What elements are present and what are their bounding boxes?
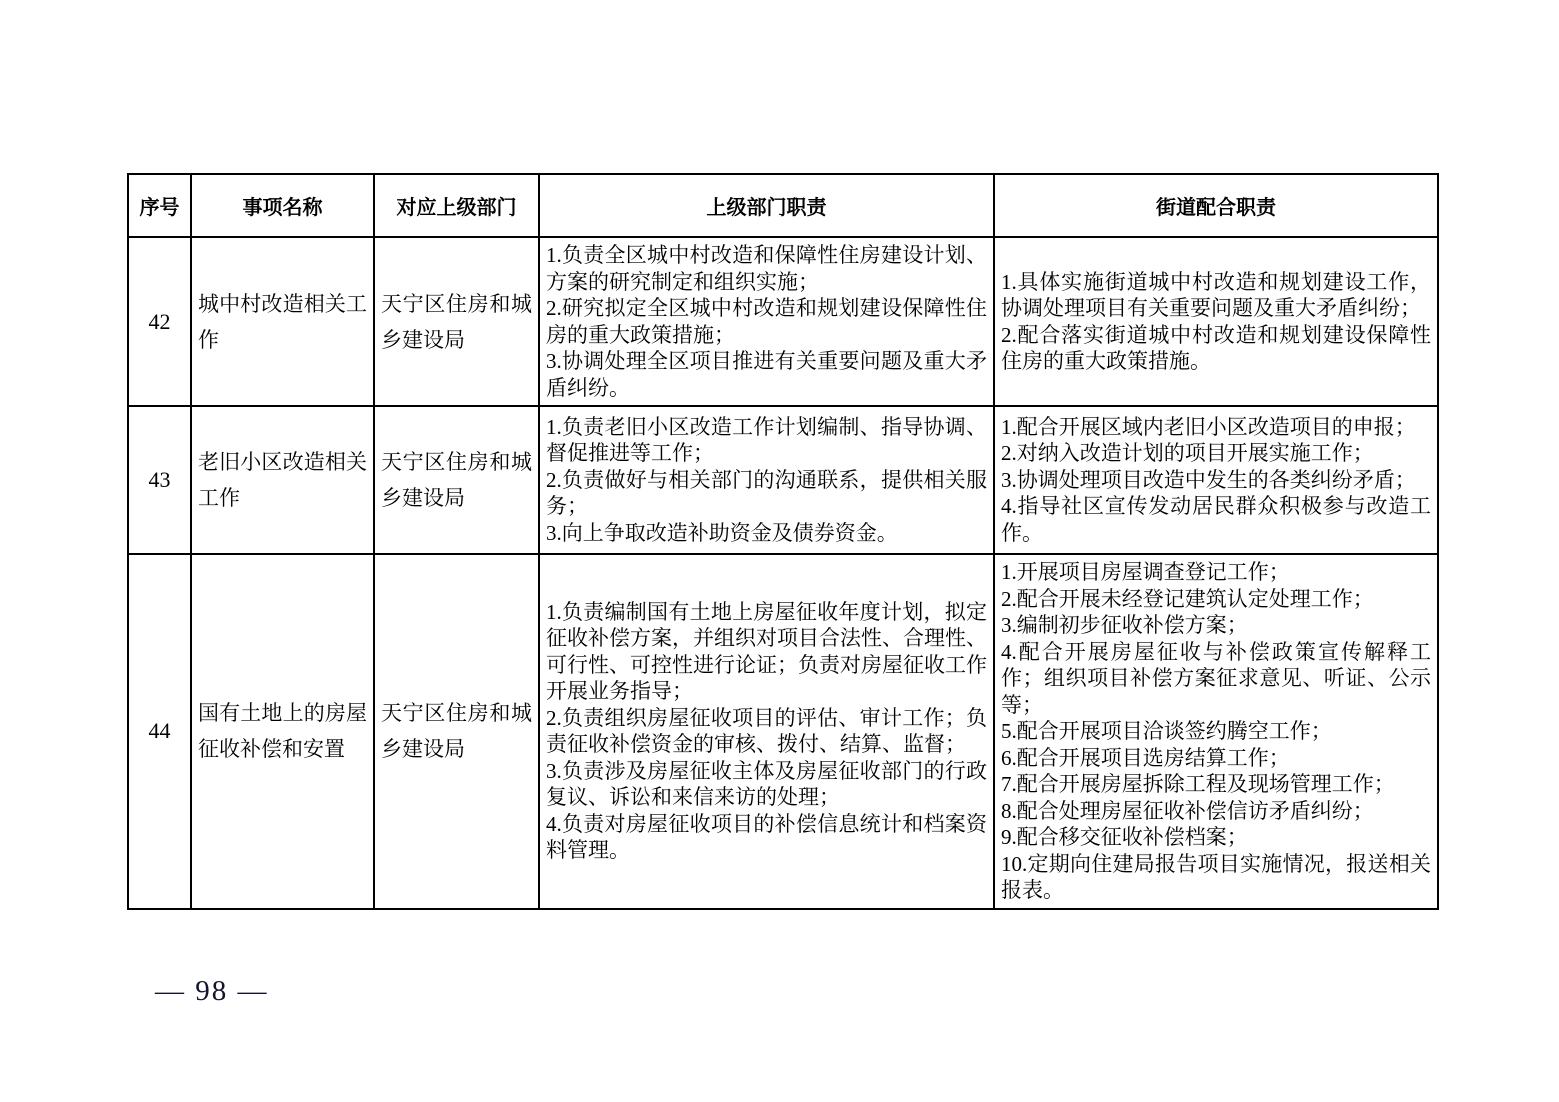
duty-line: 7.配合开展房屋拆除工程及现场管理工作； [1001,771,1431,798]
duty-line: 3.向上争取改造补助资金及债券资金。 [546,520,987,547]
department-cell: 天宁区住房和城乡建设局 [374,406,539,554]
superior-duties-cell: 1.负责全区城中村改造和保障性住房建设计划、方案的研究制定和组织实施；2.研究拟… [539,237,994,406]
duty-line: 1.配合开展区域内老旧小区改造项目的申报； [1001,414,1431,441]
column-header-dept: 对应上级部门 [374,174,539,237]
duty-line: 2.负责做好与相关部门的沟通联系，提供相关服务； [546,467,987,520]
duty-line: 4.负责对房屋征收项目的补偿信息统计和档案资料管理。 [546,811,987,864]
table-header: 序号 事项名称 对应上级部门 上级部门职责 街道配合职责 [128,174,1438,237]
column-header-street: 街道配合职责 [994,174,1438,237]
item-name-cell: 国有土地上的房屋征收补偿和安置 [191,554,374,909]
document-page: 序号 事项名称 对应上级部门 上级部门职责 街道配合职责 42城中村改造相关工作… [0,0,1559,1102]
duty-line: 1.具体实施街道城中村改造和规划建设工作，协调处理项目有关重要问题及重大矛盾纠纷… [1001,269,1431,322]
header-row: 序号 事项名称 对应上级部门 上级部门职责 街道配合职责 [128,174,1438,237]
column-header-name: 事项名称 [191,174,374,237]
table-row: 42城中村改造相关工作天宁区住房和城乡建设局1.负责全区城中村改造和保障性住房建… [128,237,1438,406]
item-name-cell: 城中村改造相关工作 [191,237,374,406]
street-duties-cell: 1.开展项目房屋调查登记工作；2.配合开展未经登记建筑认定处理工作；3.编制初步… [994,554,1438,909]
street-duties-cell: 1.配合开展区域内老旧小区改造项目的申报；2.对纳入改造计划的项目开展实施工作；… [994,406,1438,554]
duty-line: 5.配合开展项目洽谈签约腾空工作； [1001,718,1431,745]
street-duties-cell: 1.具体实施街道城中村改造和规划建设工作，协调处理项目有关重要问题及重大矛盾纠纷… [994,237,1438,406]
duty-line: 1.负责编制国有土地上房屋征收年度计划，拟定征收补偿方案，并组织对项目合法性、合… [546,599,987,705]
item-name-cell: 老旧小区改造相关工作 [191,406,374,554]
duty-line: 8.配合处理房屋征收补偿信访矛盾纠纷； [1001,798,1431,825]
responsibilities-table: 序号 事项名称 对应上级部门 上级部门职责 街道配合职责 42城中村改造相关工作… [127,173,1439,910]
superior-duties-cell: 1.负责老旧小区改造工作计划编制、指导协调、督促推进等工作；2.负责做好与相关部… [539,406,994,554]
row-number-cell: 44 [128,554,191,909]
duty-line: 4.指导社区宣传发动居民群众积极参与改造工作。 [1001,493,1431,546]
duty-line: 3.编制初步征收补偿方案； [1001,612,1431,639]
duty-line: 1.负责老旧小区改造工作计划编制、指导协调、督促推进等工作； [546,414,987,467]
table-row: 44国有土地上的房屋征收补偿和安置天宁区住房和城乡建设局1.负责编制国有土地上房… [128,554,1438,909]
duty-line: 2.对纳入改造计划的项目开展实施工作； [1001,440,1431,467]
superior-duties-cell: 1.负责编制国有土地上房屋征收年度计划，拟定征收补偿方案，并组织对项目合法性、合… [539,554,994,909]
table-body: 42城中村改造相关工作天宁区住房和城乡建设局1.负责全区城中村改造和保障性住房建… [128,237,1438,909]
duty-line: 3.协调处理项目改造中发生的各类纠纷矛盾； [1001,467,1431,494]
duty-line: 9.配合移交征收补偿档案； [1001,824,1431,851]
department-cell: 天宁区住房和城乡建设局 [374,237,539,406]
duty-line: 2.研究拟定全区城中村改造和规划建设保障性住房的重大政策措施； [546,295,987,348]
row-number-cell: 43 [128,406,191,554]
duty-line: 4.配合开展房屋征收与补偿政策宣传解释工作；组织项目补偿方案征求意见、听证、公示… [1001,639,1431,719]
duty-line: 1.开展项目房屋调查登记工作； [1001,559,1431,586]
duty-line: 3.负责涉及房屋征收主体及房屋征收部门的行政复议、诉讼和来信来访的处理； [546,758,987,811]
row-number-cell: 42 [128,237,191,406]
duty-line: 2.负责组织房屋征收项目的评估、审计工作；负责征收补偿资金的审核、拨付、结算、监… [546,705,987,758]
column-header-superior: 上级部门职责 [539,174,994,237]
department-cell: 天宁区住房和城乡建设局 [374,554,539,909]
page-number: — 98 — [155,975,269,1008]
column-header-no: 序号 [128,174,191,237]
duty-line: 2.配合开展未经登记建筑认定处理工作； [1001,586,1431,613]
duty-line: 6.配合开展项目选房结算工作； [1001,745,1431,772]
table-row: 43老旧小区改造相关工作天宁区住房和城乡建设局1.负责老旧小区改造工作计划编制、… [128,406,1438,554]
duty-line: 10.定期向住建局报告项目实施情况，报送相关报表。 [1001,851,1431,904]
duty-line: 3.协调处理全区项目推进有关重要问题及重大矛盾纠纷。 [546,348,987,401]
duty-line: 2.配合落实街道城中村改造和规划建设保障性住房的重大政策措施。 [1001,322,1431,375]
duty-line: 1.负责全区城中村改造和保障性住房建设计划、方案的研究制定和组织实施； [546,242,987,295]
